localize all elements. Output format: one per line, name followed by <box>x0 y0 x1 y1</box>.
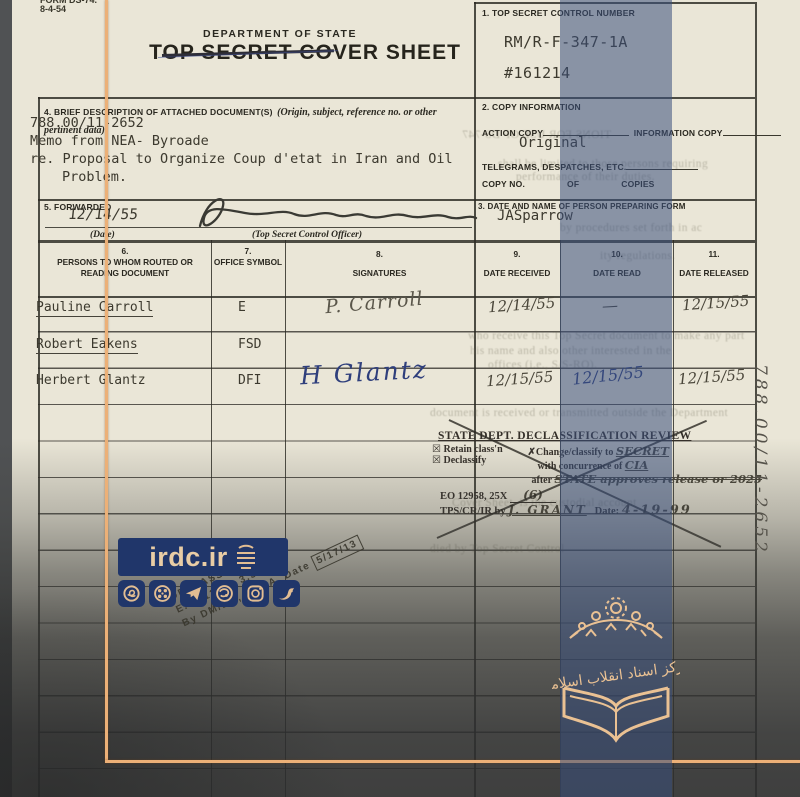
col-num: 7. <box>213 246 283 257</box>
soroush-icon <box>211 580 238 607</box>
person-name: Herbert Glantz <box>36 373 146 388</box>
col-header-date-released: 11. DATE RELEASED <box>675 249 753 279</box>
office-symbol: FSD <box>238 337 261 352</box>
checkbox-icon: ☒ <box>432 444 441 455</box>
frame-border-vertical <box>105 0 108 761</box>
instagram-icon <box>242 580 269 607</box>
form-number-block: FORM DS-74. 8-4-54 <box>40 0 97 14</box>
col-label: DATE RECEIVED <box>476 268 558 279</box>
forwarded-date: 12/14/55 <box>67 207 139 223</box>
person-name: Pauline Carroll <box>36 300 153 317</box>
description-line: 788.00/11-2652 <box>30 114 453 132</box>
department-title: DEPARTMENT OF STATE <box>150 28 410 40</box>
title-rest-part: COVER SHEET <box>299 41 461 64</box>
person-name: Robert Eakens <box>36 337 138 354</box>
col-header-persons: 6. PERSONS TO WHOM ROUTED OR READING DOC… <box>42 246 208 280</box>
irdc-site-text: irdc.ir <box>149 542 228 573</box>
aparat-icon <box>149 580 176 607</box>
control-officer-signature <box>190 190 480 234</box>
col-label: PERSONS TO WHOM ROUTED OR READING DOCUME… <box>42 257 208 279</box>
description-block: 788.00/11-2652 Memo from NEA- Byroade re… <box>30 114 453 186</box>
social-icons-bar <box>118 580 300 607</box>
col-header-office: 7. OFFICE SYMBOL <box>213 246 283 268</box>
declassify-option: ☒ Declassify <box>432 455 528 466</box>
irdc-mini-logo-icon <box>235 543 257 571</box>
form-date: 8-4-54 <box>40 5 97 14</box>
date-caption: (Date) <box>90 230 115 240</box>
col-label: DATE RELEASED <box>675 268 753 279</box>
col-header-date-received: 9. DATE RECEIVED <box>476 249 558 279</box>
irdc-emblem-logo: مرکز اسناد انقلاب اسلامی <box>552 592 680 748</box>
irdc-watermark: irdc.ir <box>118 538 288 576</box>
eitaa-icon <box>118 580 145 607</box>
col-num: 9. <box>476 249 558 260</box>
description-line: Problem. <box>30 168 453 186</box>
col-label: SIGNATURES <box>287 268 472 279</box>
col-num: 6. <box>42 246 208 257</box>
blank-line <box>723 127 781 136</box>
col-label: OFFICE SYMBOL <box>213 257 283 268</box>
col-num: 8. <box>287 249 472 260</box>
frame-border-horizontal <box>105 760 800 763</box>
col-num: 11. <box>675 249 753 260</box>
telegram-icon <box>180 580 207 607</box>
office-symbol: E <box>238 300 246 315</box>
description-line: re. Proposal to Organize Coup d'etat in … <box>30 150 453 168</box>
scanned-cover-sheet: TIONS FOR USE OF DS-747 shall be limited… <box>0 0 800 797</box>
copy-no-label: COPY NO. <box>482 179 525 189</box>
twitter-icon <box>273 580 300 607</box>
description-line: Memo from NEA- Byroade <box>30 132 453 150</box>
col-header-signatures: 8. SIGNATURES <box>287 249 472 279</box>
checkbox-icon: ☒ <box>432 455 441 466</box>
margin-file-number: 788.00/11-2652 <box>750 364 770 556</box>
ghost-text: died by Top Secret Control <box>430 543 565 555</box>
office-symbol: DFI <box>238 373 261 388</box>
